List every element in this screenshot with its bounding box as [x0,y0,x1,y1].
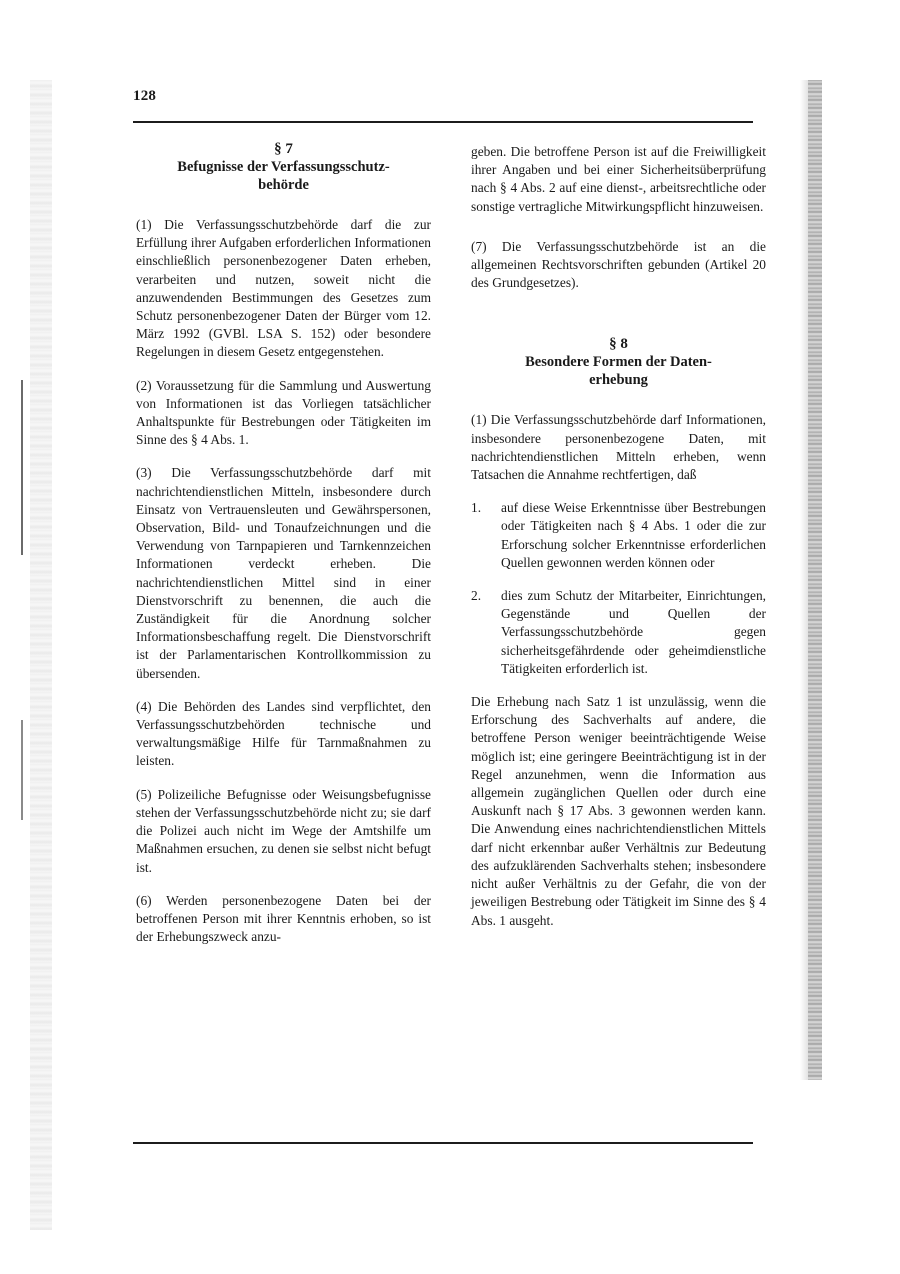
section-7-title: Befugnisse der Verfassungsschutz-behörde [136,158,431,194]
section-7-paragraph-1: (1) Die Verfassungsschutzbehörde darf di… [136,216,431,362]
section-8-list: 1. auf diese Weise Erkenntnisse über Bes… [471,499,766,678]
section-8-paragraph-1: (1) Die Verfassungsschutzbehörde darf In… [471,411,766,484]
section-7-paragraph-2: (2) Voraussetzung für die Sammlung und A… [136,377,431,450]
spacer [136,194,431,216]
list-item-text: dies zum Schutz der Mitarbeiter, Einrich… [501,587,766,678]
section-7-paragraph-7: (7) Die Verfassungsschutzbehörde ist an … [471,238,766,293]
section-7-paragraph-4: (4) Die Behörden des Landes sind verpfli… [136,698,431,771]
scan-edge-right-fade [800,80,808,1080]
section-8-heading: § 8 Besondere Formen der Daten-erhebung [471,335,766,389]
section-8-title: Besondere Formen der Daten-erhebung [471,353,766,389]
section-8-number: § 8 [471,335,766,353]
list-item: 2. dies zum Schutz der Mitarbeiter, Einr… [471,587,766,678]
section-7-heading: § 7 Befugnisse der Verfassungsschutz-beh… [136,140,431,194]
section-8-closing-paragraph: Die Erhebung nach Satz 1 ist unzulässig,… [471,693,766,930]
scan-mark [21,720,23,820]
section-7-paragraph-6-start: (6) Werden personenbezogene Daten bei de… [136,892,431,947]
right-column: geben. Die betroffene Person ist auf die… [471,143,766,945]
scan-edge-left [30,80,52,1230]
section-7-number: § 7 [136,140,431,158]
section-7-paragraph-6-continued: geben. Die betroffene Person ist auf die… [471,143,766,216]
spacer [471,307,766,335]
list-item-text: auf diese Weise Erkenntnisse über Bestre… [501,499,766,572]
list-marker: 1. [471,499,501,572]
left-column: § 7 Befugnisse der Verfassungsschutz-beh… [136,140,431,961]
page-number: 128 [133,88,156,105]
scan-edge-right [808,80,822,1080]
list-marker: 2. [471,587,501,678]
header-rule [133,121,753,123]
section-7-paragraph-3: (3) Die Verfassungsschutzbehörde darf mi… [136,464,431,682]
scan-mark [21,380,23,555]
section-7-paragraph-5: (5) Polizeiliche Befugnisse oder Weisung… [136,786,431,877]
list-item: 1. auf diese Weise Erkenntnisse über Bes… [471,499,766,572]
spacer [471,389,766,411]
footer-rule [133,1142,753,1144]
